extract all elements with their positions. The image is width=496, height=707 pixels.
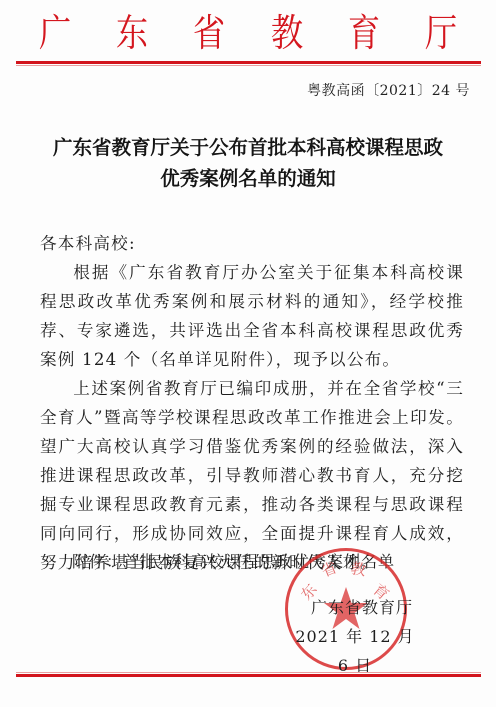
masthead-char: 教 <box>270 2 302 57</box>
salutation: 各本科高校: <box>40 229 464 258</box>
masthead-char: 省 <box>193 2 225 57</box>
document-title: 广东省教育厅关于公布首批本科高校课程思政 优秀案例名单的通知 <box>0 132 496 194</box>
paragraph-2: 上述案例省教育厅已编印成册，并在全省学校“三全育人”暨高等学校课程思政改革工作推… <box>40 374 464 577</box>
masthead-char: 东 <box>116 2 148 57</box>
document-body: 各本科高校: 根据《广东省教育厅办公室关于征集本科高校课程思政改革优秀案例和展示… <box>40 229 464 577</box>
masthead-char: 厅 <box>425 2 457 57</box>
masthead: 广 东 省 教 育 厅 <box>36 4 460 54</box>
header-divider <box>16 61 481 64</box>
document-number: 粤教高函〔2021〕24 号 <box>307 80 470 100</box>
svg-text:省: 省 <box>319 558 340 580</box>
footer-divider-thin <box>16 672 481 673</box>
title-line-1: 广东省教育厅关于公布首批本科高校课程思政 <box>0 132 496 163</box>
signing-organization: 广东省教育厅 <box>290 593 420 622</box>
paragraph-1: 根据《广东省教育厅办公室关于征集本科高校课程思政改革优秀案例和展示材料的通知》，… <box>40 258 464 374</box>
masthead-char: 育 <box>348 2 380 57</box>
masthead-char: 广 <box>39 2 71 57</box>
footer-divider <box>16 674 481 677</box>
svg-text:教: 教 <box>349 559 367 579</box>
title-line-2: 优秀案例名单的通知 <box>0 163 496 194</box>
signature-block: 广东省教育厅 2021 年 12 月 6 日 <box>290 593 420 680</box>
header-divider-thin <box>16 65 481 66</box>
